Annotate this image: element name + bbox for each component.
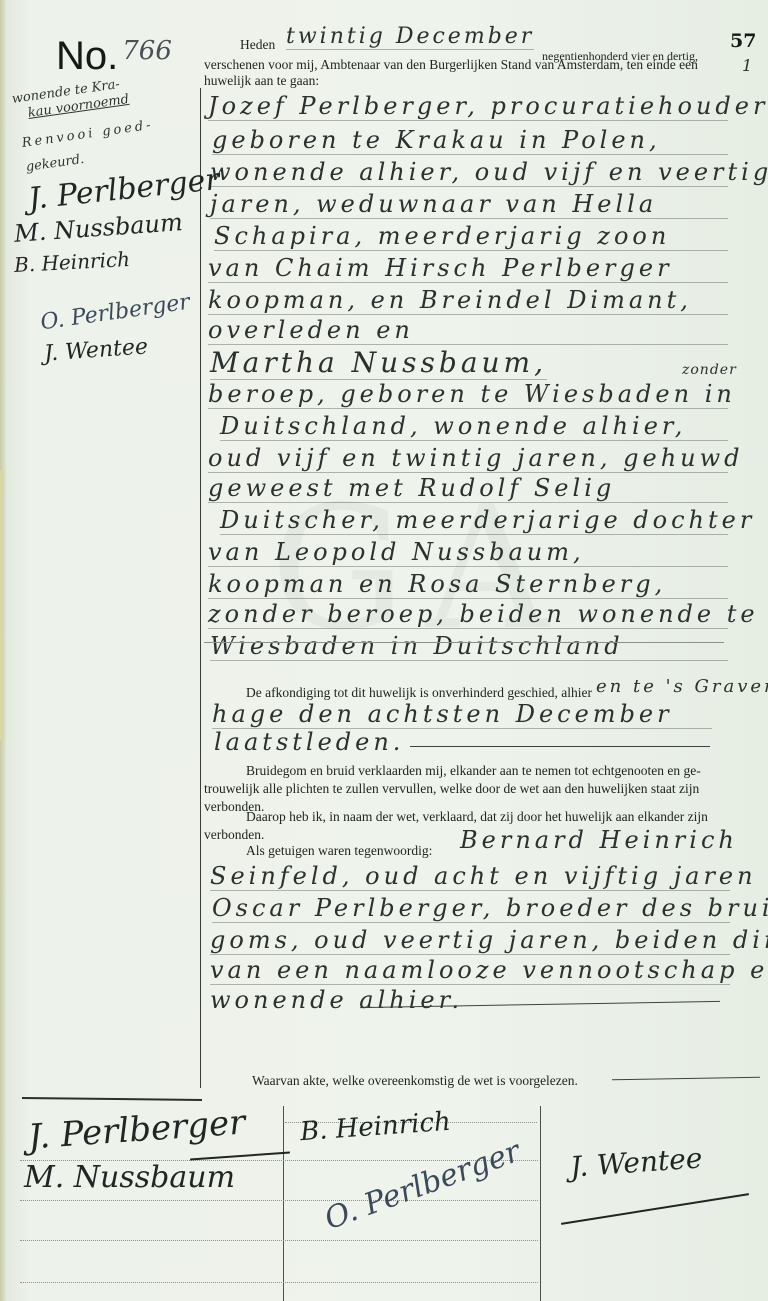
party-line-14: Duitscher, meerderjarige dochter xyxy=(220,506,728,535)
date-handwritten: twintig December xyxy=(286,24,534,50)
closing-filler-line xyxy=(612,1077,760,1081)
signature-registrar: J. Wentee xyxy=(569,1141,703,1183)
margin-signature-3: B. Heinrich xyxy=(13,247,130,277)
margin-signature-5: J. Wentee xyxy=(43,334,148,366)
declaration-1-line-2: trouwelijk alle plichten te zullen vervu… xyxy=(204,780,699,797)
witness-line-4: van een naamlooze vennootschap en xyxy=(210,956,730,985)
party-inline-zonder: zonder xyxy=(682,362,737,378)
signature-guide-4 xyxy=(20,1240,538,1241)
party-line-7: koopman, en Breindel Dimant, xyxy=(208,286,728,315)
party-line-1: Jozef Perlberger, procuratiehouder xyxy=(208,92,728,121)
proclamation-hand-line-2: laatstleden. xyxy=(214,728,404,756)
party-line-11: Duitschland, wonende alhier, xyxy=(220,412,728,441)
signature-divider-left xyxy=(283,1106,284,1301)
party-line-2: geboren te Krakau in Polen, xyxy=(212,126,728,155)
party-line-17: zonder beroep, beiden wonende te xyxy=(208,600,728,629)
proclamation-hand-line-1: hage den achtsten December xyxy=(212,700,712,729)
declaration-2-line-2: verbonden. xyxy=(204,826,264,843)
party-line-18: Wiesbaden in Duitschland xyxy=(210,632,728,661)
party-end-line xyxy=(204,642,724,643)
party-line-5: Schapira, meerderjarig zoon xyxy=(214,222,728,251)
signature-guide-5 xyxy=(20,1282,538,1283)
margin-note-4: gekeurd. xyxy=(25,152,85,175)
proclamation-printed: De afkondiging tot dit huwelijk is onver… xyxy=(246,684,592,701)
correction-mark: 1 xyxy=(742,56,752,75)
party-line-16: koopman en Rosa Sternberg, xyxy=(208,570,728,599)
proclamation-hand-tail: en te 's Graven- xyxy=(596,676,768,697)
witness-line-3: goms, oud veertig jaren, beiden directeu… xyxy=(210,926,730,955)
proclamation-filler-line xyxy=(410,746,710,747)
party-line-4: jaren, weduwnaar van Hella xyxy=(210,190,728,219)
signature-witness-1: B. Heinrich xyxy=(299,1107,452,1147)
party-line-12: oud vijf en twintig jaren, gehuwd xyxy=(208,444,728,473)
declaration-2-line-1: Daarop heb ik, in naam der wet, verklaar… xyxy=(246,808,708,825)
header-line-2: verschenen voor mij, Ambtenaar van den B… xyxy=(204,56,698,73)
record-number-value: 766 xyxy=(122,36,172,66)
margin-signature-4: O. Perlberger xyxy=(39,290,191,336)
witness-line-1: Seinfeld, oud acht en vijftig jaren en xyxy=(210,862,730,891)
header-line-3: huwelijk aan te gaan: xyxy=(204,72,319,89)
witness-label: Als getuigen waren tegenwoordig: xyxy=(246,842,432,859)
declaration-1-line-1: Bruidegom en bruid verklaarden mij, elka… xyxy=(246,762,701,779)
signature-groom: J. Perlberger xyxy=(27,1102,247,1157)
margin-note-3: Renvooi goed- xyxy=(21,118,154,151)
page-number: 57 xyxy=(730,30,756,52)
witness-line-5: wonende alhier. xyxy=(210,986,463,1014)
record-number-label: No. xyxy=(56,34,118,78)
party-line-3: wonende alhier, oud vijf en veertig xyxy=(210,158,728,187)
closing-statement: Waarvan akte, welke overeenkomstig de we… xyxy=(252,1072,578,1089)
party-line-9: Martha Nussbaum, xyxy=(210,346,547,380)
signature-bride: M. Nussbaum xyxy=(24,1160,235,1195)
margin-divider xyxy=(200,88,201,1088)
party-line-15: van Leopold Nussbaum, xyxy=(208,538,728,567)
signature-divider-right xyxy=(540,1106,541,1301)
document-page: GA No.766 57 1 wonende te Kra- kau voorn… xyxy=(0,0,768,1301)
party-line-13: geweest met Rudolf Selig xyxy=(208,474,728,503)
signature-guide-3 xyxy=(20,1200,538,1201)
signature-witness-2: O. Perlberger xyxy=(320,1134,525,1237)
witness-hand-first: Bernard Heinrich xyxy=(460,826,738,854)
party-line-10: beroep, geboren te Wiesbaden in xyxy=(208,380,728,409)
signature-registrar-flourish xyxy=(561,1193,749,1225)
binding-tape xyxy=(0,470,4,740)
party-line-8: overleden en xyxy=(208,316,728,345)
witness-line-2: Oscar Perlberger, broeder des bruide- xyxy=(212,894,730,923)
party-line-6: van Chaim Hirsch Perlberger xyxy=(208,254,728,283)
heden-label: Heden xyxy=(240,36,275,53)
record-number: No.766 xyxy=(56,34,172,79)
margin-bottom-divider xyxy=(22,1097,202,1100)
